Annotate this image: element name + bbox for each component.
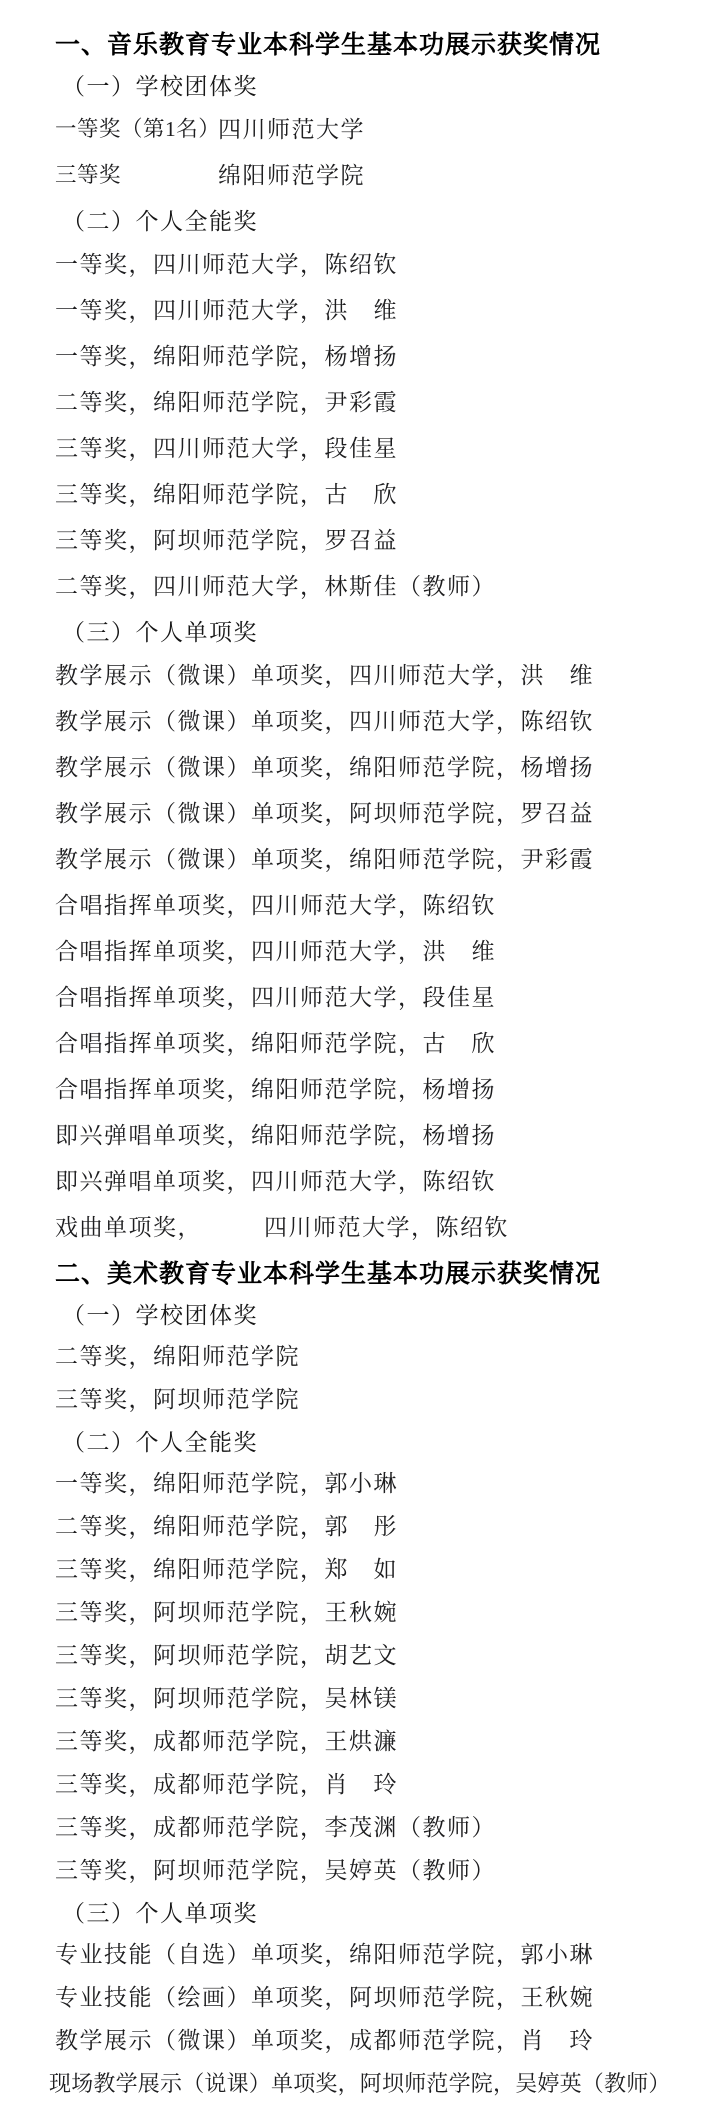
award-line: 三等奖，成都师范学院，李茂渊（教师） xyxy=(55,1816,705,1839)
award-line: 三等奖，绵阳师范学院，郑 如 xyxy=(55,1558,705,1581)
award-line: 二等奖，绵阳师范学院 xyxy=(55,1345,705,1368)
section-1: 一、音乐教育专业本科学生基本功展示获奖情况（一）学校团体奖一等奖（第1名）四川师… xyxy=(55,33,705,1239)
award-line: 教学展示（微课）单项奖，四川师范大学，陈绍钦 xyxy=(55,710,705,733)
award-line: 专业技能（自选）单项奖，绵阳师范学院，郭小琳 xyxy=(55,1943,705,1966)
award-line: 三等奖，成都师范学院，王烘濂 xyxy=(55,1730,705,1753)
award-line: 三等奖，阿坝师范学院，胡艺文 xyxy=(55,1644,705,1667)
award-line: 一等奖，绵阳师范学院，郭小琳 xyxy=(55,1472,705,1495)
award-line: 合唱指挥单项奖，四川师范大学，陈绍钦 xyxy=(55,894,705,917)
award-grade: 一等奖（第1名） xyxy=(55,118,218,141)
award-line: 即兴弹唱单项奖，四川师范大学，陈绍钦 xyxy=(55,1170,705,1193)
award-line: 合唱指挥单项奖，四川师范大学，洪 维 xyxy=(55,940,705,963)
school-name: 四川师范大学 xyxy=(218,118,365,141)
award-line: 三等奖，绵阳师范学院，古 欣 xyxy=(55,483,705,506)
award-line: 一等奖，四川师范大学，洪 维 xyxy=(55,299,705,322)
school-name: 绵阳师范学院 xyxy=(218,164,365,187)
award-line: 戏曲单项奖， 四川师范大学，陈绍钦 xyxy=(55,1216,705,1239)
award-line: 即兴弹唱单项奖，绵阳师范学院，杨增扬 xyxy=(55,1124,705,1147)
subsection-heading: （二）个人全能奖 xyxy=(62,210,705,233)
subsection-heading: （三）个人单项奖 xyxy=(62,621,705,644)
award-line: 三等奖，阿坝师范学院，王秋婉 xyxy=(55,1601,705,1624)
award-line: 三等奖，阿坝师范学院，吴林镁 xyxy=(55,1687,705,1710)
award-line: 现场教学展示（说课）单项奖，阿坝师范学院，吴婷英（教师） xyxy=(49,2072,705,2095)
section-2: 二、美术教育专业本科学生基本功展示获奖情况（一）学校团体奖二等奖，绵阳师范学院三… xyxy=(55,1262,705,2095)
award-line: 合唱指挥单项奖，绵阳师范学院，古 欣 xyxy=(55,1032,705,1055)
award-line: 教学展示（微课）单项奖，四川师范大学，洪 维 xyxy=(55,664,705,687)
award-line: 二等奖，绵阳师范学院，尹彩霞 xyxy=(55,391,705,414)
award-line: 三等奖绵阳师范学院 xyxy=(55,164,705,187)
subsection-heading: （二）个人全能奖 xyxy=(62,1431,705,1454)
award-line: 专业技能（绘画）单项奖，阿坝师范学院，王秋婉 xyxy=(55,1986,705,2009)
subsection-heading: （三）个人单项奖 xyxy=(62,1902,705,1925)
award-line: 三等奖，阿坝师范学院 xyxy=(55,1388,705,1411)
award-grade: 三等奖 xyxy=(55,164,218,187)
award-line: 教学展示（微课）单项奖，绵阳师范学院，杨增扬 xyxy=(55,756,705,779)
award-line: 合唱指挥单项奖，绵阳师范学院，杨增扬 xyxy=(55,1078,705,1101)
award-line: 一等奖，四川师范大学，陈绍钦 xyxy=(55,253,705,276)
document-page: 一、音乐教育专业本科学生基本功展示获奖情况（一）学校团体奖一等奖（第1名）四川师… xyxy=(0,0,720,2095)
award-line: 三等奖，成都师范学院，肖 玲 xyxy=(55,1773,705,1796)
award-line: 一等奖，绵阳师范学院，杨增扬 xyxy=(55,345,705,368)
award-line: 二等奖，四川师范大学，林斯佳（教师） xyxy=(55,575,705,598)
award-line: 教学展示（微课）单项奖，绵阳师范学院，尹彩霞 xyxy=(55,848,705,871)
award-line: 二等奖，绵阳师范学院，郭 彤 xyxy=(55,1515,705,1538)
award-line: 合唱指挥单项奖，四川师范大学，段佳星 xyxy=(55,986,705,1009)
award-line: 教学展示（微课）单项奖，成都师范学院，肖 玲 xyxy=(55,2029,705,2052)
award-line: 教学展示（微课）单项奖，阿坝师范学院，罗召益 xyxy=(55,802,705,825)
award-line: 一等奖（第1名）四川师范大学 xyxy=(55,118,705,141)
award-line: 三等奖，阿坝师范学院，罗召益 xyxy=(55,529,705,552)
section-heading: 二、美术教育专业本科学生基本功展示获奖情况 xyxy=(55,1262,705,1287)
award-line: 三等奖，阿坝师范学院，吴婷英（教师） xyxy=(55,1859,705,1882)
subsection-heading: （一）学校团体奖 xyxy=(62,1304,705,1327)
section-heading: 一、音乐教育专业本科学生基本功展示获奖情况 xyxy=(55,33,705,58)
award-line: 三等奖，四川师范大学，段佳星 xyxy=(55,437,705,460)
subsection-heading: （一）学校团体奖 xyxy=(62,75,705,98)
